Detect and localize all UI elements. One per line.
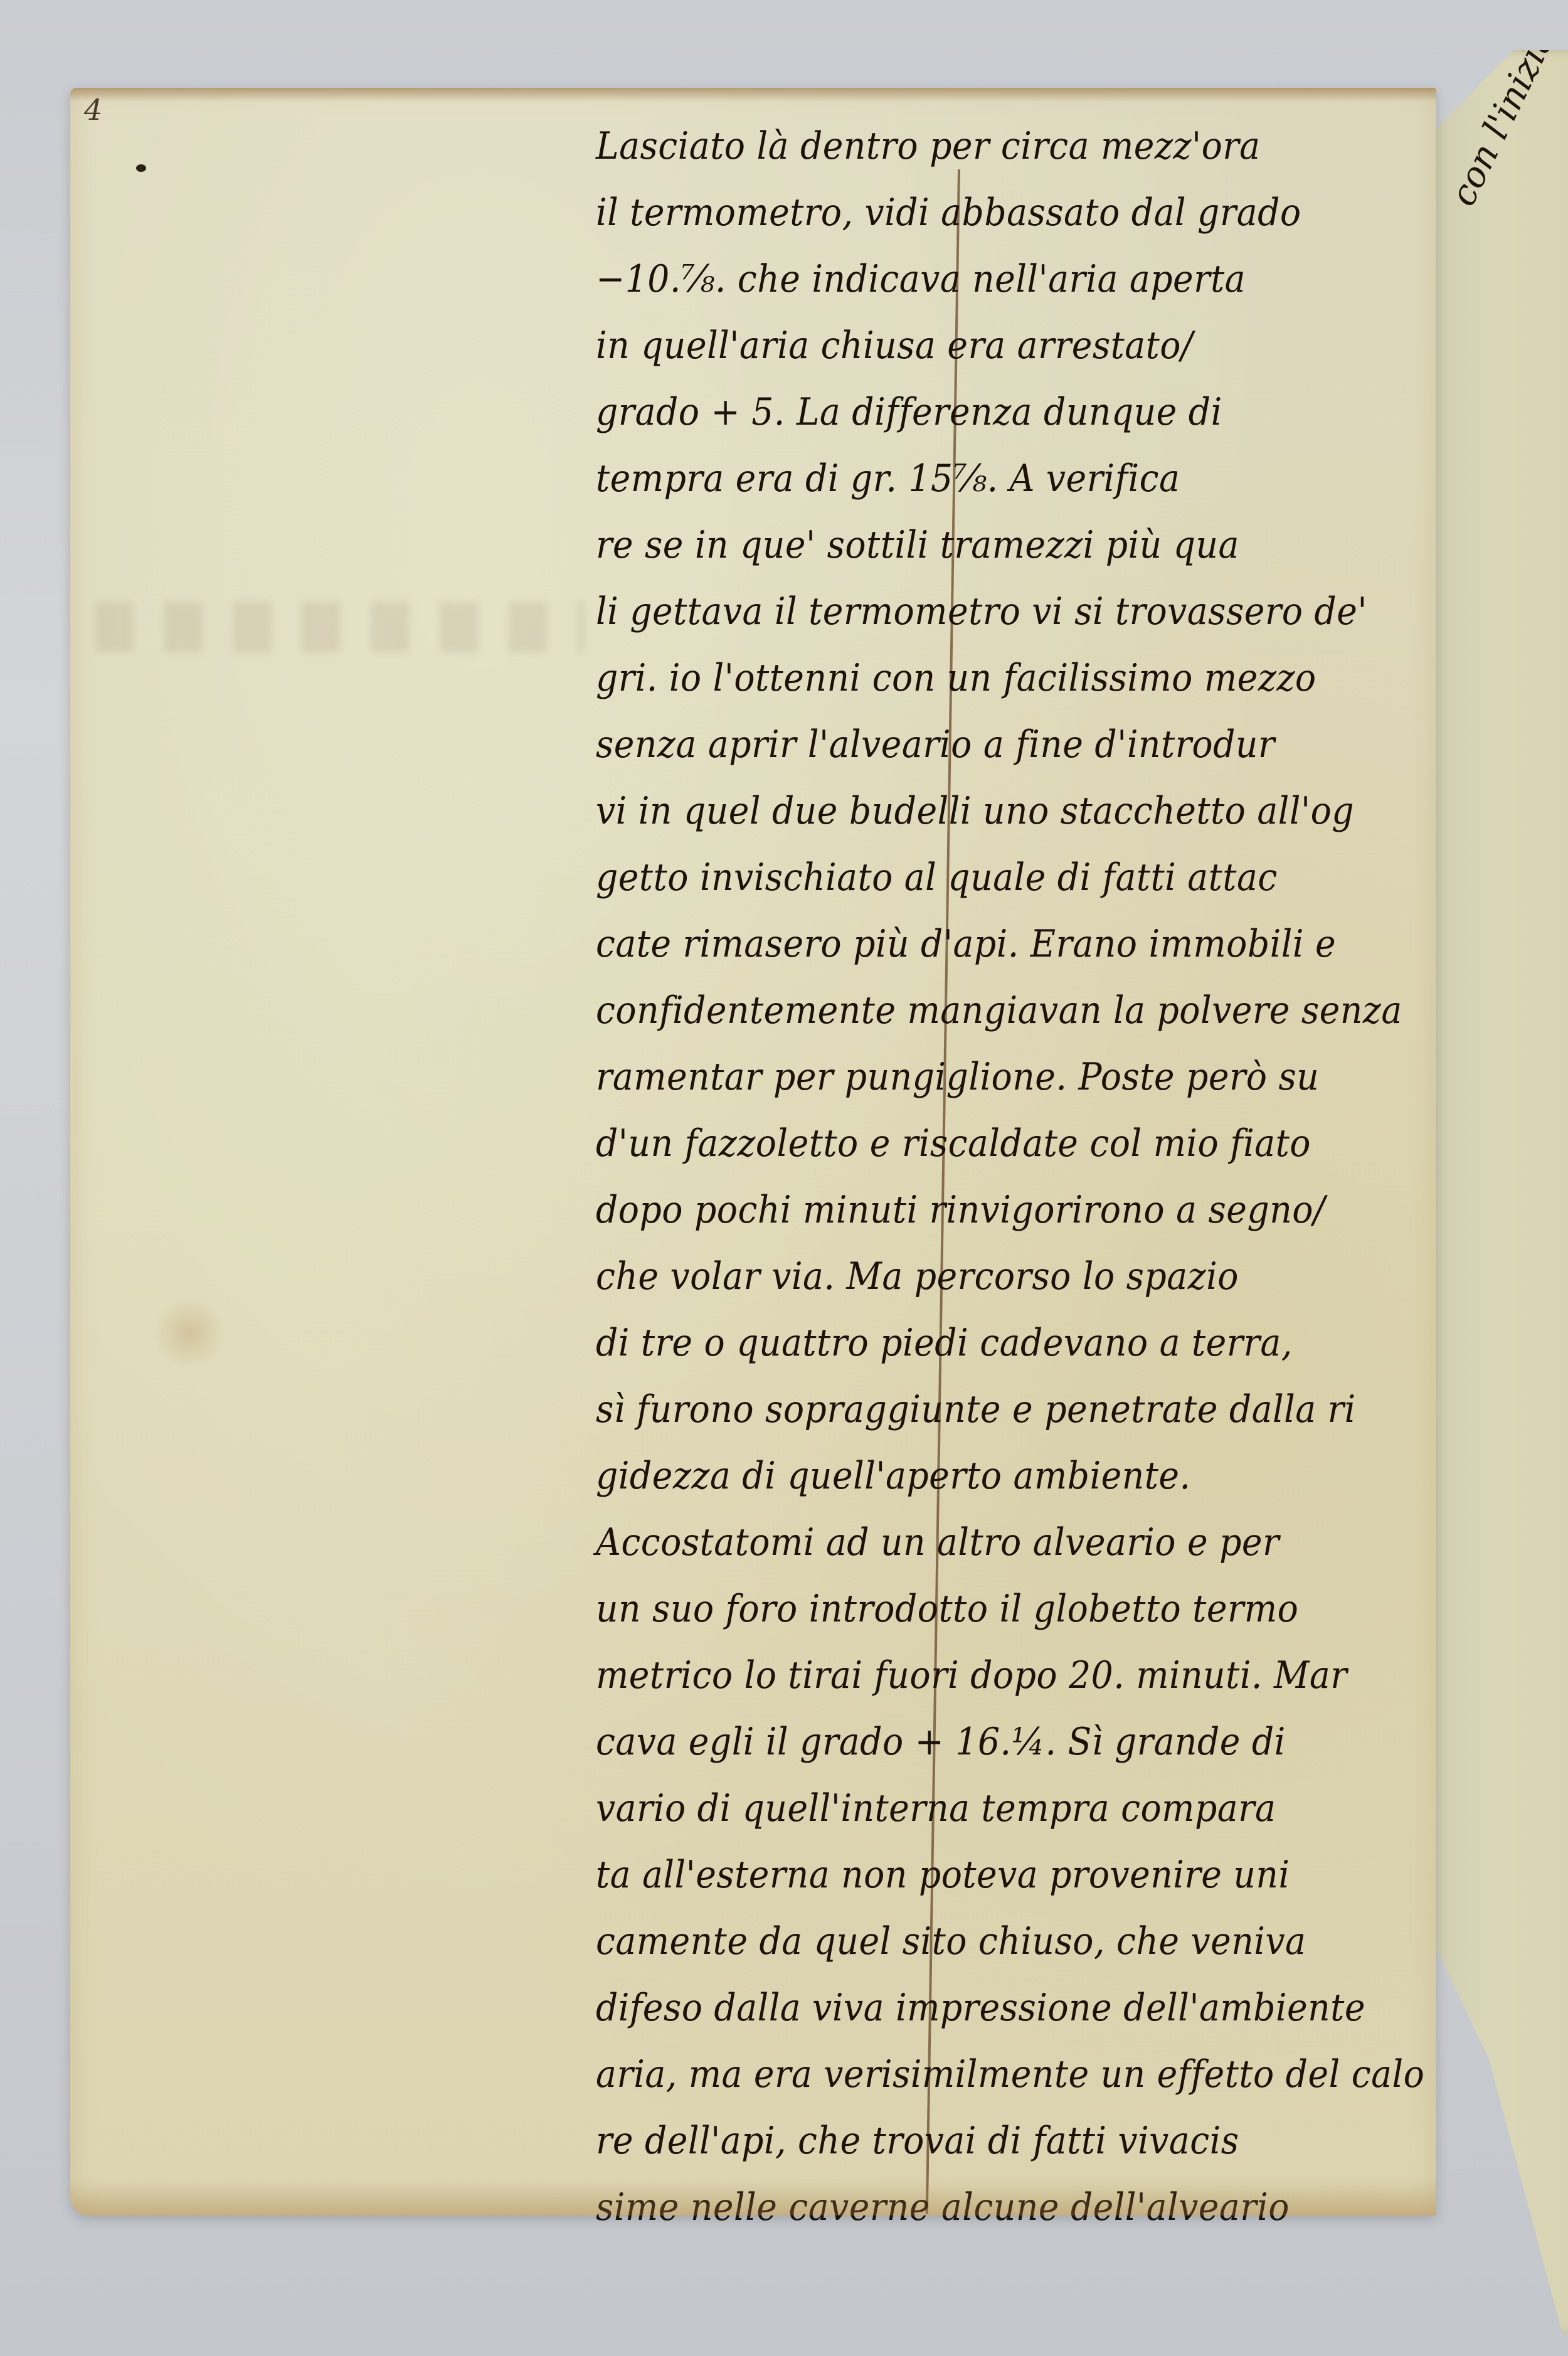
text-line: che volar via. Ma percorso lo spazio: [596, 1243, 1364, 1310]
text-line: difeso dalla viva impressione dell'ambie…: [596, 1975, 1364, 2041]
text-line: Accostatomi ad un altro alveario e per: [596, 1509, 1364, 1576]
text-line: metrico lo tirai fuori dopo 20. minuti. …: [596, 1642, 1364, 1709]
text-line: aria, ma era verisimilmente un effetto d…: [596, 2041, 1364, 2108]
text-line: d'un fazzoletto e riscaldate col mio fia…: [596, 1110, 1364, 1177]
text-line: tempra era di gr. 15⅞. A verifica: [596, 445, 1364, 512]
text-line: li gettava il termometro vi si trovasser…: [596, 578, 1364, 645]
text-line: sì furono sopraggiunte e penetrate dalla…: [596, 1376, 1364, 1443]
manuscript-page: 4 Lasciato là dentro per circa mezz'ora …: [70, 88, 1436, 2215]
manuscript-scene: con l'iniziale 4 Lasciato là dentro per …: [0, 0, 1568, 2356]
text-line: ta all'esterna non poteva provenire uni: [596, 1842, 1364, 1908]
text-line: grado + 5. La differenza dunque di: [596, 379, 1364, 445]
text-line: un suo foro introdotto il globetto termo: [596, 1576, 1364, 1642]
text-line: confidentemente mangiavan la polvere sen…: [596, 977, 1364, 1044]
text-line: −10.⅞. che indicava nell'aria aperta: [596, 246, 1364, 312]
text-line: cate rimasero più d'api. Erano immobili …: [596, 911, 1364, 977]
page-number: 4: [84, 93, 102, 127]
text-line: gidezza di quell'aperto ambiente.: [596, 1443, 1364, 1509]
handwritten-text-block: Lasciato là dentro per circa mezz'ora il…: [596, 113, 1430, 2241]
text-line: re se in que' sottili tramezzi più qua: [596, 512, 1364, 578]
ink-spot: [136, 164, 146, 172]
text-line: sime nelle caverne alcune dell'alveario: [596, 2174, 1364, 2241]
margin-note: con l'iniziale: [1443, 0, 1568, 212]
text-line: gri. io l'ottenni con un facilissimo mez…: [596, 645, 1364, 711]
text-line: ramentar per pungiglione. Poste però su: [596, 1044, 1364, 1110]
text-line: camente da quel sito chiuso, che veniva: [596, 1908, 1364, 1975]
text-line: senza aprir l'alveario a fine d'introdur: [596, 711, 1364, 778]
text-line: in quell'aria chiusa era arrestato/: [596, 312, 1364, 379]
text-line: vario di quell'interna tempra compara: [596, 1775, 1364, 1842]
text-line: re dell'api, che trovai di fatti vivacis: [596, 2108, 1364, 2174]
text-line: cava egli il grado + 16.¼. Sì grande di: [596, 1709, 1364, 1775]
text-line: vi in quel due budelli uno stacchetto al…: [596, 778, 1364, 844]
text-line: Lasciato là dentro per circa mezz'ora: [596, 113, 1364, 179]
text-line: il termometro, vidi abbassato dal grado: [596, 179, 1364, 246]
text-line: di tre o quattro piedi cadevano a terra,: [596, 1310, 1364, 1376]
bleed-through-writing: [95, 602, 585, 652]
text-line: getto invischiato al quale di fatti atta…: [596, 844, 1364, 911]
paper-stain: [152, 1298, 227, 1367]
adjacent-curled-leaf: con l'iniziale: [1424, 50, 1568, 2333]
text-line: dopo pochi minuti rinvigorirono a segno/: [596, 1177, 1364, 1243]
